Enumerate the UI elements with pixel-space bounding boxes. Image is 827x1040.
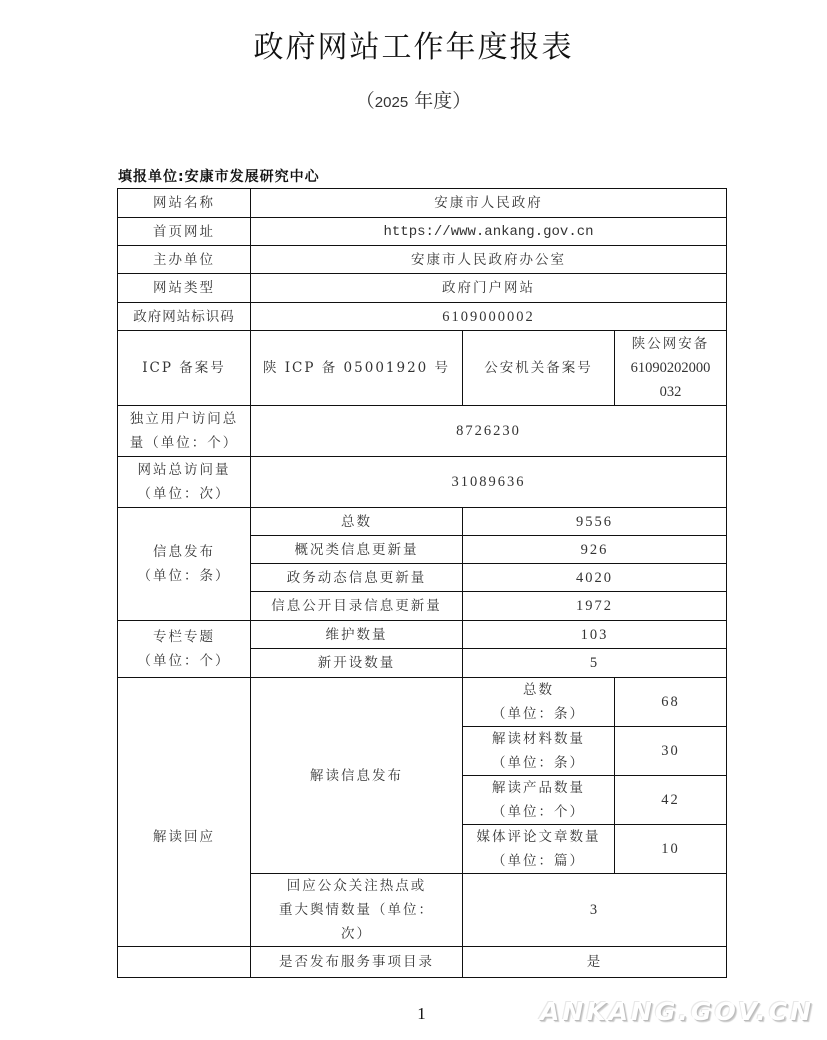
columns-new-label: 新开设数量: [251, 649, 463, 678]
label-line: 独立用户访问总: [120, 407, 248, 431]
sponsor-value: 安康市人民政府办公室: [251, 246, 727, 274]
table-row: 是否发布服务事项目录 是: [118, 947, 727, 978]
unique-visitors-value: 8726230: [251, 406, 727, 457]
table-row: 网站类型 政府门户网站: [118, 274, 727, 303]
overview-update-value: 926: [463, 536, 727, 564]
homepage-label: 首页网址: [118, 218, 251, 246]
interp-total-label: 总数 （单位：条）: [463, 678, 615, 727]
service-catalog-label: 是否发布服务事项目录: [251, 947, 463, 978]
label-line: 专栏专题: [120, 625, 248, 649]
interp-total-value: 68: [615, 678, 727, 727]
table-row: 网站总访问量 （单位：次） 31089636: [118, 457, 727, 508]
reporting-unit: 填报单位:安康市发展研究中心: [118, 166, 320, 186]
label-line: 回应公众关注热点或: [253, 874, 460, 898]
label-line: （单位：条）: [120, 564, 248, 588]
info-publish-label: 信息发布 （单位：条）: [118, 508, 251, 621]
year-value: 2025: [375, 94, 408, 111]
label-line: （单位：篇）: [465, 849, 612, 873]
sponsor-label: 主办单位: [118, 246, 251, 274]
site-name-label: 网站名称: [118, 189, 251, 218]
columns-maintained-value: 103: [463, 621, 727, 649]
interp-materials-value: 30: [615, 727, 727, 776]
disclosure-catalog-update-label: 信息公开目录信息更新量: [251, 592, 463, 621]
public-response-label: 回应公众关注热点或 重大舆情数量（单位： 次）: [251, 874, 463, 947]
interpretation-label: 解读回应: [118, 678, 251, 947]
site-type-label: 网站类型: [118, 274, 251, 303]
label-line: （单位：次）: [120, 482, 248, 506]
columns-maintained-label: 维护数量: [251, 621, 463, 649]
label-line: 网站总访问量: [120, 458, 248, 482]
public-response-value: 3: [463, 874, 727, 947]
label-line: （单位：个）: [120, 649, 248, 673]
empty-cell: [118, 947, 251, 978]
police-record-label: 公安机关备案号: [463, 331, 615, 406]
interpretation-publish-label: 解读信息发布: [251, 678, 463, 874]
interp-products-value: 42: [615, 776, 727, 825]
page-title: 政府网站工作年度报表: [0, 22, 827, 66]
police-record-line2: 61090202000: [617, 356, 724, 380]
site-id-label: 政府网站标识码: [118, 303, 251, 331]
unique-visitors-label: 独立用户访问总 量（单位：个）: [118, 406, 251, 457]
service-catalog-value: 是: [463, 947, 727, 978]
media-articles-label: 媒体评论文章数量 （单位：篇）: [463, 825, 615, 874]
icp-value: 陕 ICP 备 05001920 号: [251, 331, 463, 406]
icp-label: ICP 备案号: [118, 331, 251, 406]
info-total-label: 总数: [251, 508, 463, 536]
police-record-line3: 032: [617, 380, 724, 404]
overview-update-label: 概况类信息更新量: [251, 536, 463, 564]
subtitle-suffix: 年度）: [408, 90, 471, 112]
label-line: 重大舆情数量（单位：: [253, 898, 460, 922]
police-record-line1: 陕公网安备: [617, 332, 724, 356]
table-row: 政府网站标识码 6109000002: [118, 303, 727, 331]
label-line: 次）: [253, 922, 460, 946]
table-row: 网站名称 安康市人民政府: [118, 189, 727, 218]
site-type-value: 政府门户网站: [251, 274, 727, 303]
columns-new-value: 5: [463, 649, 727, 678]
site-name-value: 安康市人民政府: [251, 189, 727, 218]
report-table: 网站名称 安康市人民政府 首页网址 https://www.ankang.gov…: [117, 188, 727, 978]
report-year: （2025 年度）: [0, 86, 827, 113]
total-visits-value: 31089636: [251, 457, 727, 508]
label-line: 解读材料数量: [465, 727, 612, 751]
homepage-value: https://www.ankang.gov.cn: [251, 218, 727, 246]
table-row: 主办单位 安康市人民政府办公室: [118, 246, 727, 274]
gov-news-update-label: 政务动态信息更新量: [251, 564, 463, 592]
label-line: 信息发布: [120, 540, 248, 564]
label-line: 媒体评论文章数量: [465, 825, 612, 849]
table-row: 首页网址 https://www.ankang.gov.cn: [118, 218, 727, 246]
label-line: （单位：条）: [465, 702, 612, 726]
police-record-value: 陕公网安备 61090202000 032: [615, 331, 727, 406]
interp-products-label: 解读产品数量 （单位：个）: [463, 776, 615, 825]
label-line: 总数: [465, 678, 612, 702]
table-row: ICP 备案号 陕 ICP 备 05001920 号 公安机关备案号 陕公网安备…: [118, 331, 727, 406]
label-line: 量（单位：个）: [120, 431, 248, 455]
total-visits-label: 网站总访问量 （单位：次）: [118, 457, 251, 508]
info-total-value: 9556: [463, 508, 727, 536]
table-row: 信息发布 （单位：条） 总数 9556: [118, 508, 727, 536]
columns-label: 专栏专题 （单位：个）: [118, 621, 251, 678]
label-line: （单位：个）: [465, 800, 612, 824]
gov-news-update-value: 4020: [463, 564, 727, 592]
disclosure-catalog-update-value: 1972: [463, 592, 727, 621]
table-row: 独立用户访问总 量（单位：个） 8726230: [118, 406, 727, 457]
media-articles-value: 10: [615, 825, 727, 874]
label-line: 解读产品数量: [465, 776, 612, 800]
table-row: 解读回应 解读信息发布 总数 （单位：条） 68: [118, 678, 727, 727]
site-watermark: ANKANG.GOV.CN: [540, 997, 814, 1026]
interp-materials-label: 解读材料数量 （单位：条）: [463, 727, 615, 776]
table-row: 专栏专题 （单位：个） 维护数量 103: [118, 621, 727, 649]
subtitle-open: （: [356, 90, 375, 112]
label-line: （单位：条）: [465, 751, 612, 775]
site-id-value: 6109000002: [251, 303, 727, 331]
